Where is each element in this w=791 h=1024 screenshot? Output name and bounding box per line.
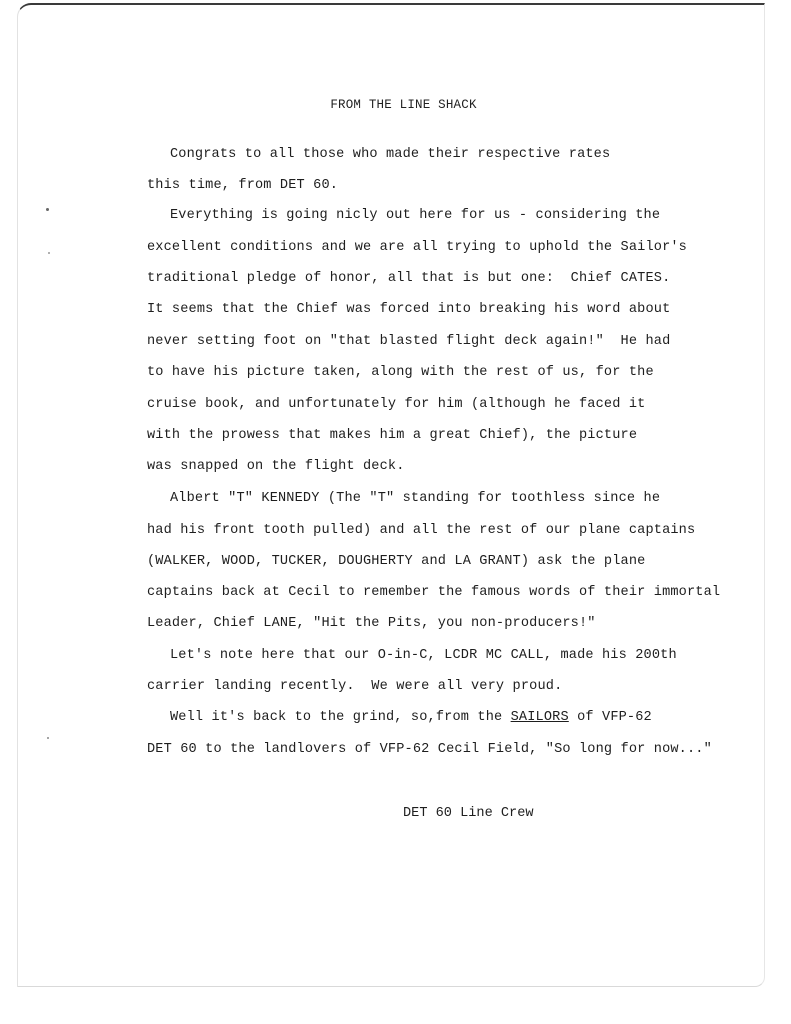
scan-speck — [48, 252, 50, 254]
scan-speck — [46, 208, 49, 211]
text-line: Albert "T" KENNEDY (The "T" standing for… — [170, 491, 660, 507]
text-line: cruise book, and unfortunately for him (… — [147, 397, 645, 413]
text-line: was snapped on the flight deck. — [147, 459, 405, 475]
text-line: had his front tooth pulled) and all the … — [147, 523, 695, 539]
text-line: Congrats to all those who made their res… — [170, 147, 610, 163]
text-line: Well it's back to the grind, so,from the… — [170, 710, 652, 726]
text-line: (WALKER, WOOD, TUCKER, DOUGHERTY and LA … — [147, 554, 645, 570]
text-line: Let's note here that our O-in-C, LCDR MC… — [170, 648, 677, 664]
text-line: excellent conditions and we are all tryi… — [147, 240, 687, 256]
text-line: Everything is going nicly out here for u… — [170, 208, 660, 224]
text-line: captains back at Cecil to remember the f… — [147, 585, 720, 601]
text-line: DET 60 to the landlovers of VFP-62 Cecil… — [147, 742, 712, 758]
text-segment: of VFP-62 — [569, 710, 652, 725]
text-line: never setting foot on "that blasted flig… — [147, 334, 670, 350]
underlined-word: SAILORS — [511, 710, 569, 725]
text-line: to have his picture taken, along with th… — [147, 365, 654, 381]
text-line: Leader, Chief LANE, "Hit the Pits, you n… — [147, 616, 596, 632]
text-line: this time, from DET 60. — [147, 178, 338, 194]
text-line: traditional pledge of honor, all that is… — [147, 271, 670, 287]
text-line: with the prowess that makes him a great … — [147, 428, 637, 444]
scan-speck — [47, 737, 49, 739]
text-segment: Well it's back to the grind, so,from the — [170, 710, 511, 725]
text-line: carrier landing recently. We were all ve… — [147, 679, 562, 695]
signature: DET 60 Line Crew — [403, 806, 534, 821]
text-line: It seems that the Chief was forced into … — [147, 302, 670, 318]
document-title: FROM THE LINE SHACK — [0, 98, 791, 112]
